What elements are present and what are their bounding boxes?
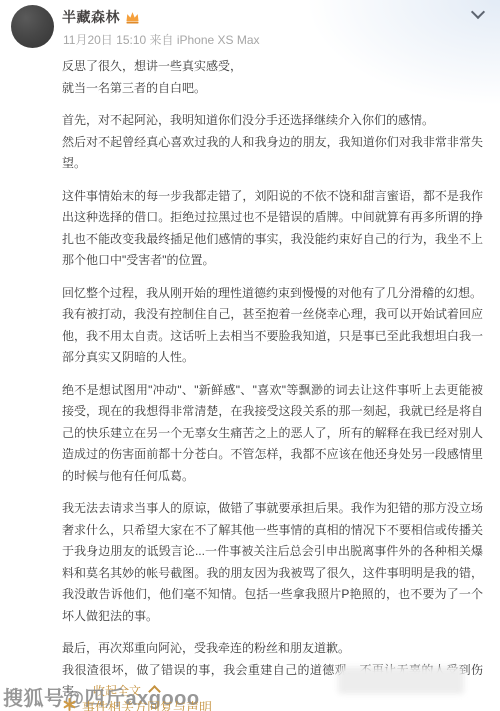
post-line: 最后，再次郑重向阿沁，受我牵连的粉丝和朋友道歉。 — [62, 641, 350, 655]
post-paragraphs: 反思了很久，想讲一些真实感受，就当一名第三者的自白吧。首先，对不起阿沁，我明知道… — [62, 56, 483, 627]
topic-starburst-icon — [63, 698, 76, 711]
post-paragraph: 绝不是想试图用"冲动"、"新鲜感"、"喜欢"等飘渺的词去让这件事听上去更能被接受… — [62, 380, 483, 488]
avatar[interactable] — [11, 5, 54, 48]
author-row: 半藏森林 — [62, 8, 140, 26]
post-paragraph: 首先，对不起阿沁，我明知道你们没分手还选择继续介入你们的感情。然后对不起曾经真心… — [62, 110, 483, 175]
post-paragraph: 回忆整个过程，我从刚开始的理性道德约束到慢慢的对他有了几分滑稽的幻想。我有被打动… — [62, 283, 483, 369]
blurred-region — [338, 667, 464, 694]
post-paragraph: 我无法去请求当事人的原谅，做错了事就要承担后果。我作为犯错的那方没立场奢求什么，… — [62, 498, 483, 627]
topic-label: 事件相关方回复与声明 — [82, 697, 212, 711]
chevron-down-icon — [471, 5, 485, 19]
post-body: 反思了很久，想讲一些真实感受，就当一名第三者的自白吧。首先，对不起阿沁，我明知道… — [62, 56, 483, 711]
post-paragraph: 这件事情始末的每一步我都走错了，刘阳说的不依不饶和甜言蜜语，都不是我作出这种选择… — [62, 186, 483, 272]
post-meta: 11月20日 15:10 来自 iPhone XS Max — [63, 31, 260, 48]
related-topic-link[interactable]: 事件相关方回复与声明 — [63, 697, 212, 711]
crown-icon — [125, 11, 140, 24]
weibo-post-screenshot: 半藏森林 11月20日 15:10 来自 iPhone XS Max 反思了很久… — [0, 0, 500, 711]
post-paragraph: 反思了很久，想讲一些真实感受，就当一名第三者的自白吧。 — [62, 56, 483, 99]
post-menu-button[interactable] — [466, 4, 490, 24]
author-name[interactable]: 半藏森林 — [62, 7, 120, 27]
